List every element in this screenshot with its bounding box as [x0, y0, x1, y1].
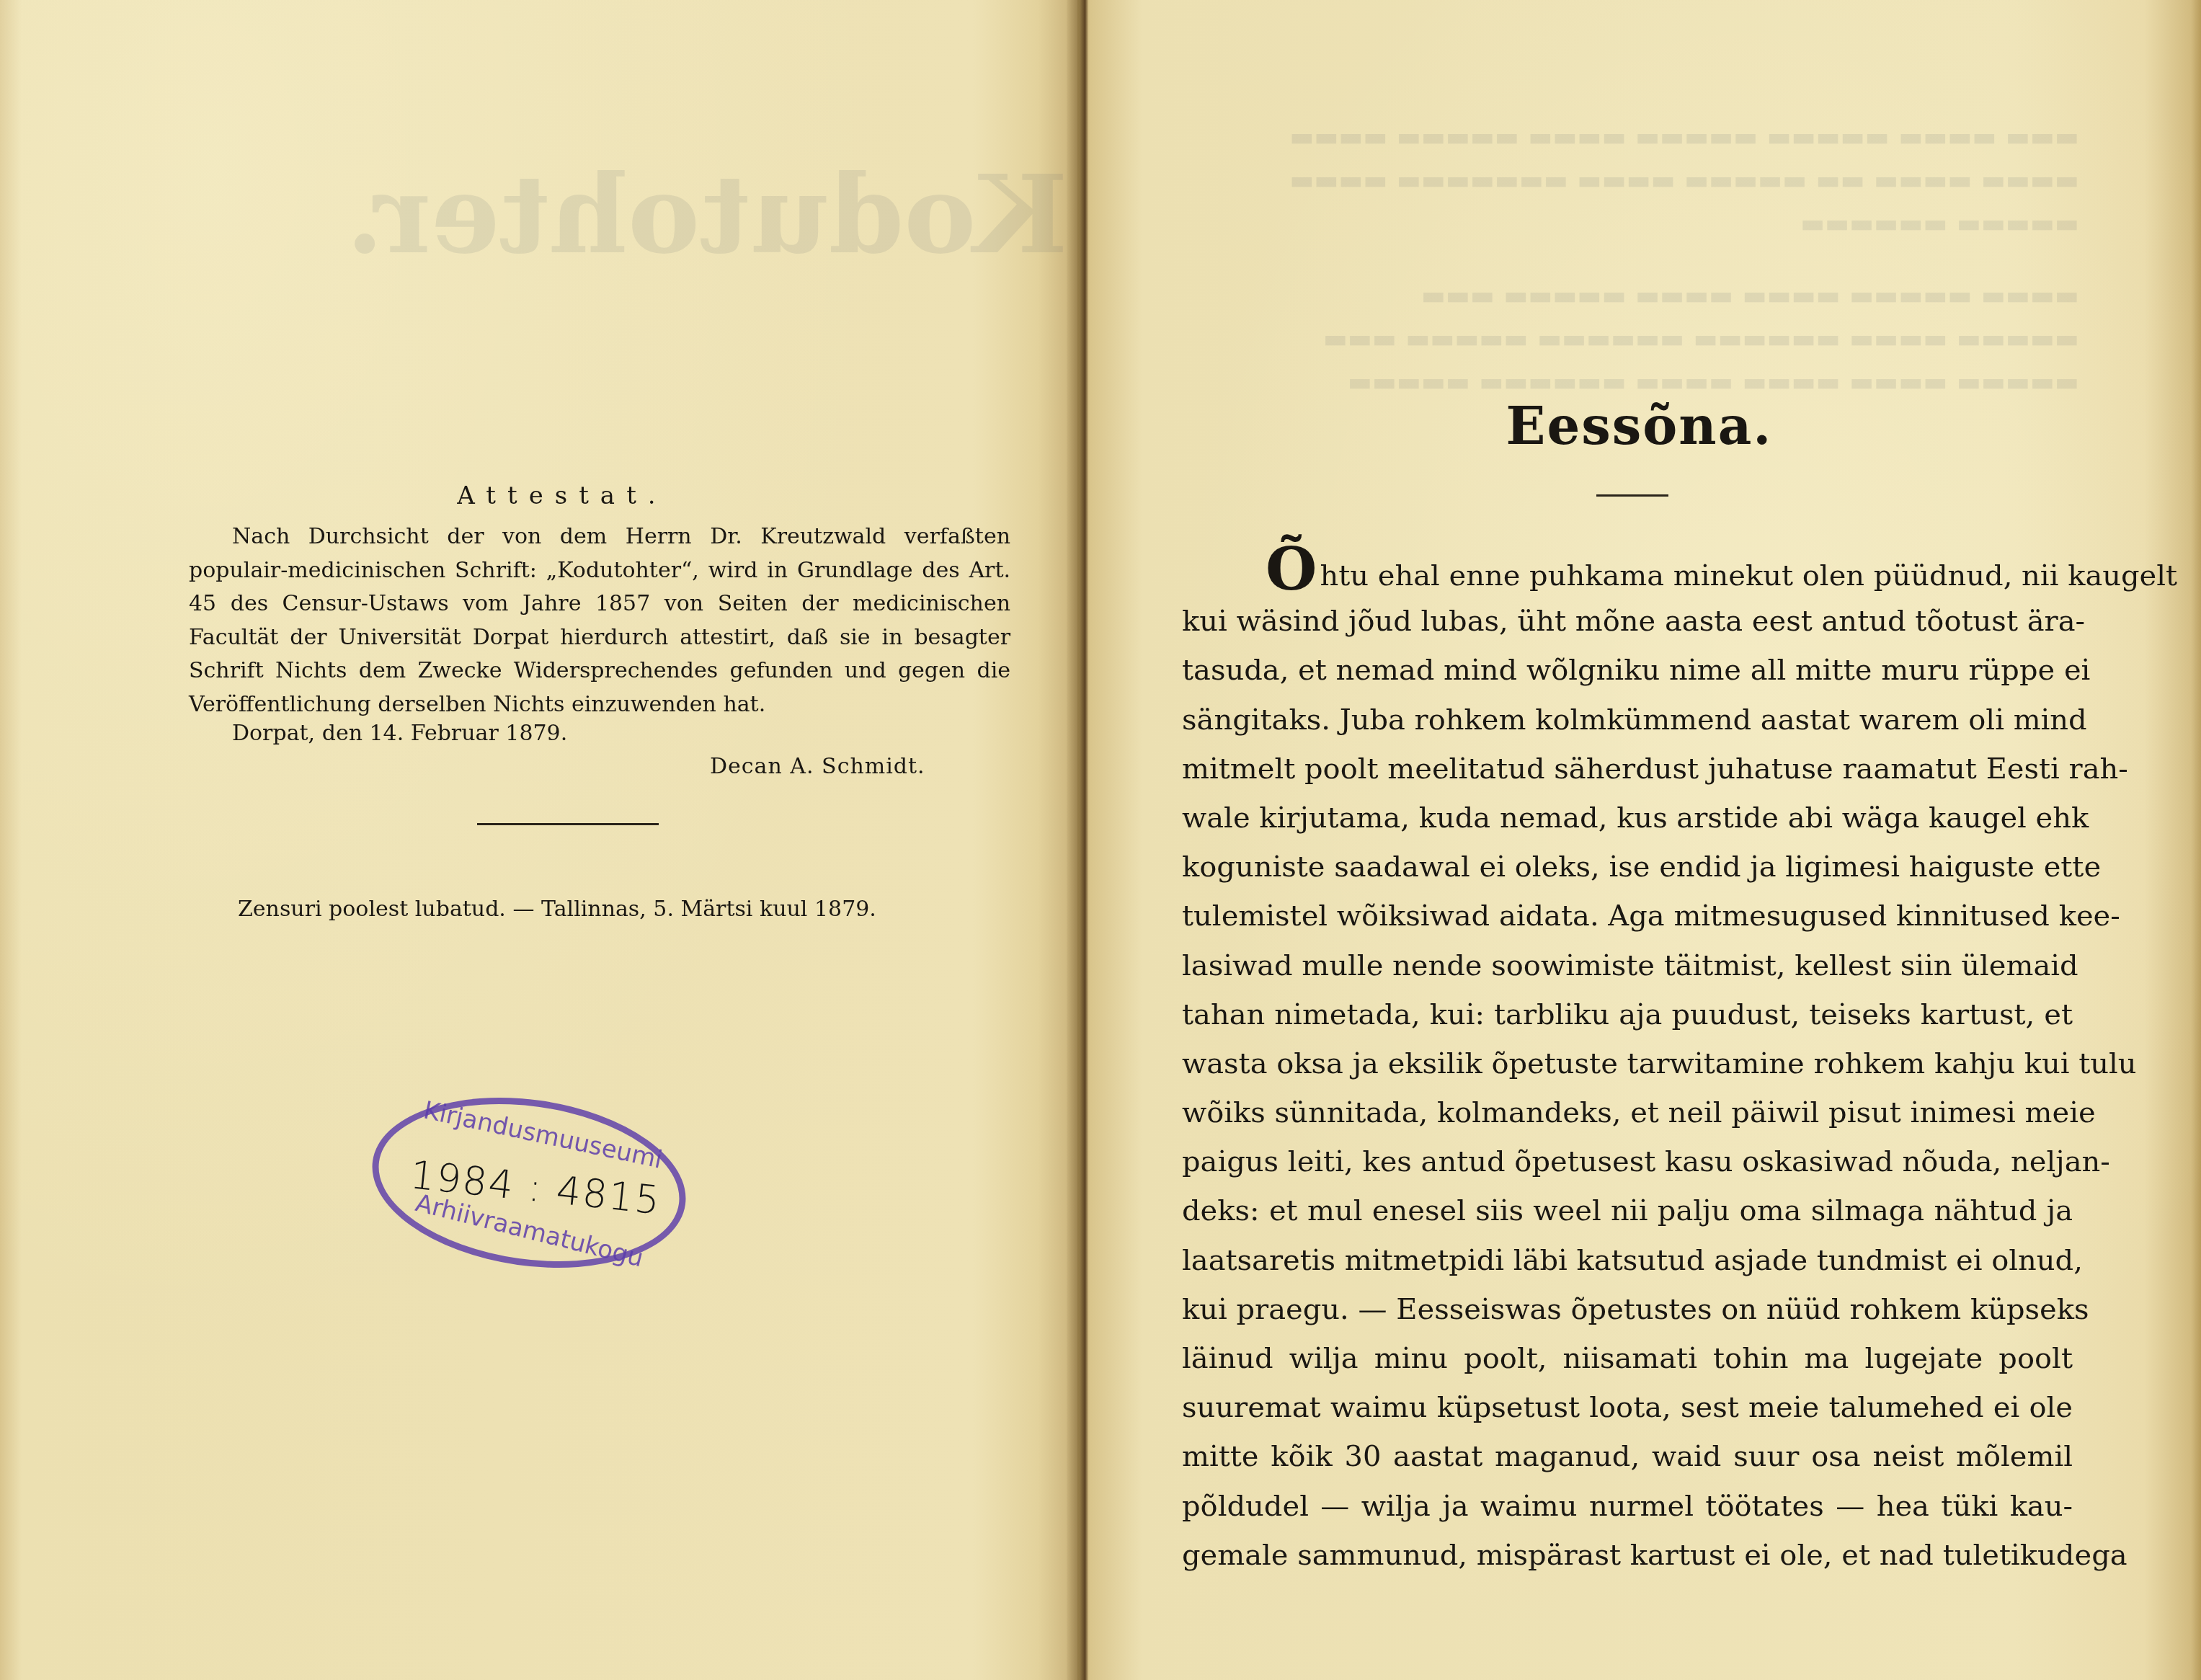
- divider-rule: [477, 823, 659, 825]
- preface-line: tulemistel wõiksiwad aidata. Aga mitmesu…: [1182, 892, 2073, 941]
- preface-line: gemale sammunud, mispärast kartust ei ol…: [1182, 1531, 2073, 1580]
- censor-note: Zensuri poolest lubatud. — Tallinnas, 5.…: [238, 897, 876, 922]
- attestat-place-date: Dorpat, den 14. Februar 1879.: [232, 721, 567, 746]
- preface-line: läinud wilja minu poolt, niisamati tohin…: [1182, 1334, 2073, 1383]
- preface-line: koguniste saadawal ei oleks, ise endid j…: [1182, 843, 2073, 892]
- preface-line: tahan nimetada, kui: tarbliku aja puudus…: [1182, 990, 2073, 1039]
- preface-line: lasiwad mulle nende soowimiste täitmist,…: [1182, 941, 2073, 990]
- attestat-title: Attestat.: [0, 481, 1124, 510]
- preface-title: Eessõna.: [1077, 395, 2201, 456]
- book-gutter: [1067, 0, 1088, 1680]
- preface-line: suuremat waimu küpsetust loota, sest mei…: [1182, 1383, 2073, 1432]
- showthrough-text: ▬▬▬ ▬▬▬▬ ▬▬▬▬▬ ▬▬▬▬▬ ▬▬▬▬ ▬▬▬▬▬ ▬▬▬▬ ▬▬▬…: [1128, 115, 2079, 404]
- preface-line: kui wäsind jõud lubas, üht mõne aasta ee…: [1182, 597, 2073, 646]
- showthrough-title: Kodutohter.: [346, 151, 1068, 278]
- attestat-body: Nach Durchsicht der von dem Herrn Dr. Kr…: [189, 520, 1010, 721]
- book-spread: Kodutohter. ▬▬▬ ▬▬▬▬ ▬▬▬▬▬ ▬▬▬▬▬ ▬▬▬▬ ▬▬…: [0, 0, 2201, 1680]
- preface-line: paigus leiti, kes antud õpetusest kasu o…: [1182, 1137, 2073, 1186]
- preface-line: mitmelt poolt meelitatud säherdust juhat…: [1182, 745, 2073, 794]
- preface-body: Õhtu ehal enne puhkama minekut olen püüd…: [1182, 548, 2073, 1580]
- preface-line: wõiks sünnitada, kolmandeks, et neil päi…: [1182, 1088, 2073, 1137]
- preface-line: põldudel — wilja ja waimu nurmel töötate…: [1182, 1482, 2073, 1531]
- preface-line: laatsaretis mitmetpidi läbi katsutud asj…: [1182, 1236, 2073, 1285]
- preface-line: kui praegu. — Eesseiswas õpetustes on nü…: [1182, 1285, 2073, 1334]
- preface-line: Õhtu ehal enne puhkama minekut olen püüd…: [1182, 548, 2073, 597]
- title-rule: [1596, 494, 1668, 497]
- attestat-signature: Decan A. Schmidt.: [710, 754, 925, 779]
- preface-line: sängitaks. Juba rohkem kolmkümmend aasta…: [1182, 695, 2073, 745]
- preface-line: wale kirjutama, kuda nemad, kus arstide …: [1182, 794, 2073, 843]
- preface-line: tasuda, et nemad mind wõlgniku nime all …: [1182, 646, 2073, 695]
- drop-cap: Õ: [1266, 535, 1317, 604]
- left-page: Kodutohter.: [0, 0, 1077, 1680]
- preface-line: deks: et mul enesel siis weel nii palju …: [1182, 1186, 2073, 1235]
- preface-line: wasta oksa ja eksilik õpetuste tarwitami…: [1182, 1039, 2073, 1088]
- preface-line: mitte kõik 30 aastat maganud, waid suur …: [1182, 1432, 2073, 1481]
